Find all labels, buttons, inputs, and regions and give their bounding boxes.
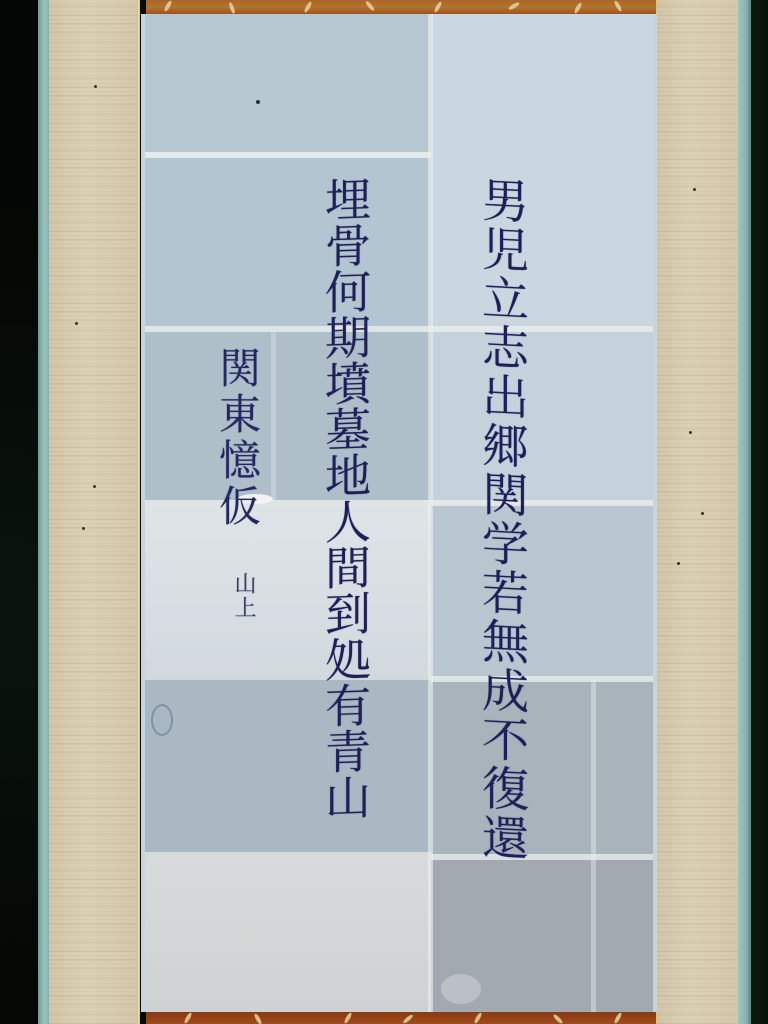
ink-spot	[256, 100, 260, 104]
fabric-speck	[677, 562, 680, 565]
gold-leaf-pattern	[253, 1013, 262, 1024]
mounting-fabric-left	[49, 0, 138, 1024]
brocade-band-top	[146, 0, 656, 14]
paper-seam	[145, 326, 653, 332]
fabric-speck	[94, 85, 97, 88]
calligraphy-signature: 関東憶仮	[216, 346, 258, 530]
paper-seam	[591, 680, 596, 1012]
paper-panel	[145, 680, 431, 852]
gold-leaf-pattern	[303, 1, 312, 13]
gold-leaf-pattern	[163, 0, 172, 12]
paper-panel	[145, 158, 431, 330]
gold-leaf-pattern	[613, 0, 622, 12]
fabric-speck	[701, 512, 704, 515]
calligraphy-right-column: 男児立志出郷関学若無成不復還	[478, 175, 525, 863]
gold-leaf-pattern	[228, 2, 236, 14]
gold-leaf-pattern	[433, 1, 442, 13]
silk-edge-left	[38, 0, 49, 1024]
fabric-speck	[75, 322, 78, 325]
calligraphy-signature-small: 山上	[232, 572, 254, 620]
fabric-speck	[93, 485, 96, 488]
brocade-band-bottom	[146, 1012, 656, 1024]
gold-leaf-pattern	[365, 0, 376, 12]
paper-panel	[431, 504, 653, 680]
gold-leaf-pattern	[402, 1014, 414, 1024]
gold-trim-left	[137, 0, 140, 1024]
mounting-fabric-right	[657, 0, 738, 1024]
gold-leaf-pattern	[183, 1012, 192, 1024]
paper-panel	[145, 14, 431, 152]
fabric-speck	[693, 188, 696, 191]
dark-background-left	[0, 0, 40, 1024]
water-stain	[151, 704, 173, 736]
gold-leaf-pattern	[473, 1012, 482, 1024]
gold-leaf-pattern	[343, 1012, 352, 1024]
paper-seam	[431, 676, 653, 682]
paper-seam	[428, 14, 433, 1012]
gold-leaf-pattern	[613, 1012, 622, 1024]
paper-panel	[145, 330, 431, 500]
paper-panel	[431, 326, 653, 504]
paper-panel	[145, 852, 431, 1012]
paper-panel	[145, 500, 431, 680]
calligraphy-middle-column: 埋骨何期墳墓地人間到処有青山	[322, 175, 368, 821]
paper-panel	[431, 680, 653, 858]
fabric-speck	[689, 431, 692, 434]
silk-edge-right	[738, 0, 751, 1024]
paper-seam	[431, 854, 653, 860]
paper-wear	[441, 974, 481, 1004]
dark-background-right	[750, 0, 768, 1024]
gold-leaf-pattern	[552, 1013, 563, 1024]
fabric-speck	[82, 527, 85, 530]
paper-seam	[145, 152, 431, 158]
gold-leaf-pattern	[508, 1, 520, 10]
paper-seam	[431, 500, 653, 506]
paper-panel	[431, 14, 653, 324]
gold-leaf-pattern	[573, 2, 582, 14]
paper-seam	[271, 330, 276, 500]
